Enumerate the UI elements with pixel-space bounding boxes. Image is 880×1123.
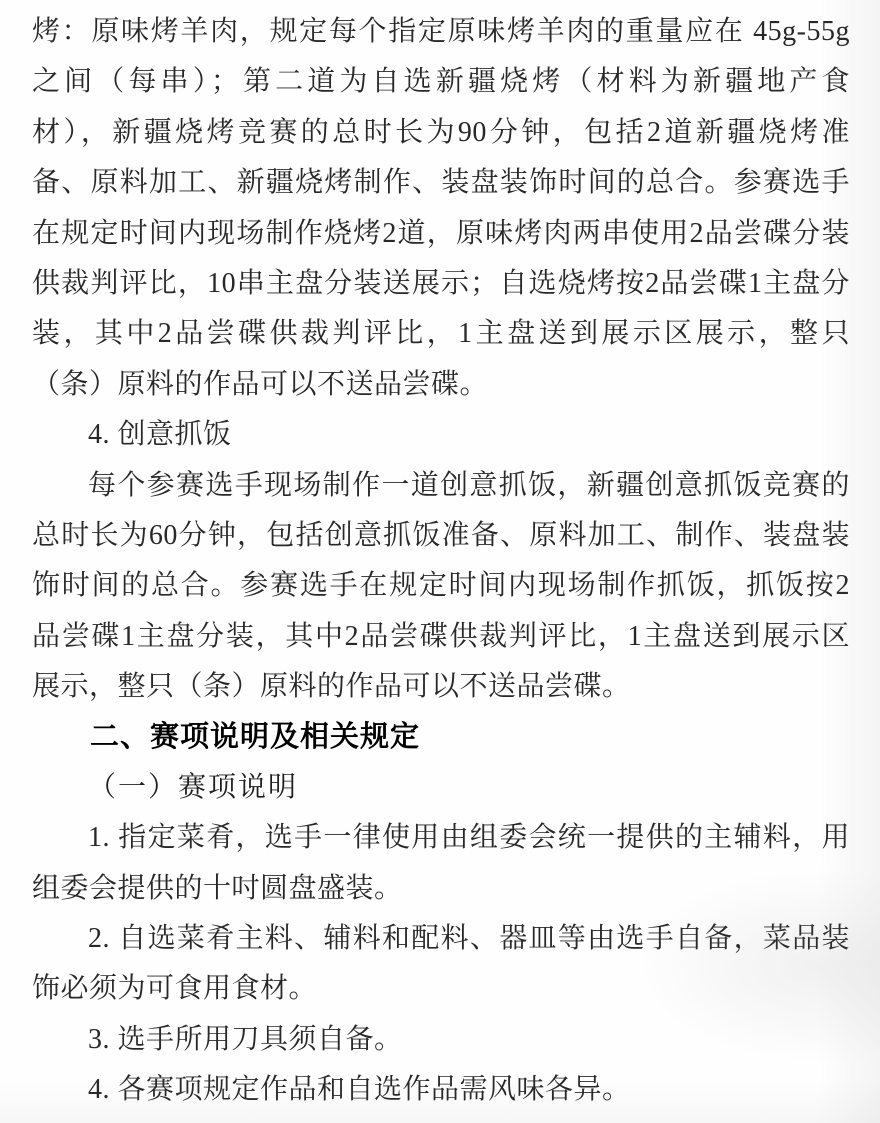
document-text-block: 烤：原味烤羊肉，规定每个指定原味烤羊肉的重量应在 45g-55g之间（每串）；第… xyxy=(32,7,850,1116)
text-line: 在规定时间内现场制作烧烤2道，原味烤肉两串使用2品尝碟分装 xyxy=(32,209,850,259)
text-line: 饰时间的总合。参赛选手在规定时间内现场制作抓饭，抓饭按2 xyxy=(32,561,850,611)
text-line: 品尝碟1主盘分装，其中2品尝碟供裁判评比，1主盘送到展示区 xyxy=(32,612,850,662)
text-line: 展示，整只（条）原料的作品可以不送品尝碟。 xyxy=(32,662,850,712)
text-line: 供裁判评比，10串主盘分装送展示；自选烧烤按2品尝碟1主盘分 xyxy=(32,259,850,309)
text-line: 装，其中2品尝碟供裁判评比，1主盘送到展示区展示，整只 xyxy=(32,309,850,359)
text-line: 烤：原味烤羊肉，规定每个指定原味烤羊肉的重量应在 45g-55g xyxy=(32,7,850,57)
text-line: 总时长为60分钟，包括创意抓饭准备、原料加工、制作、装盘装 xyxy=(32,511,850,561)
document-page: 烤：原味烤羊肉，规定每个指定原味烤羊肉的重量应在 45g-55g之间（每串）；第… xyxy=(0,0,880,1123)
text-line: 之间（每串）；第二道为自选新疆烧烤（材料为新疆地产食 xyxy=(32,57,850,107)
text-line: 每个参赛选手现场制作一道创意抓饭，新疆创意抓饭竞赛的 xyxy=(32,461,850,511)
text-line: 材），新疆烧烤竞赛的总时长为90分钟，包括2道新疆烧烤准 xyxy=(32,108,850,158)
text-line: 3. 选手所用刀具须自备。 xyxy=(32,1015,850,1065)
text-line: 1. 指定菜肴，选手一律使用由组委会统一提供的主辅料，用 xyxy=(32,813,850,863)
text-line: 饰必须为可食用食材。 xyxy=(32,964,850,1014)
text-line: 4. 各赛项规定作品和自选作品需风味各异。 xyxy=(32,1065,850,1115)
section-heading: 二、赛项说明及相关规定 xyxy=(32,712,850,762)
text-line: 备、原料加工、新疆烧烤制作、装盘装饰时间的总合。参赛选手 xyxy=(32,158,850,208)
subsection-heading: （一）赛项说明 xyxy=(32,763,850,813)
text-line: 组委会提供的十吋圆盘盛装。 xyxy=(32,864,850,914)
text-line: （条）原料的作品可以不送品尝碟。 xyxy=(32,360,850,410)
text-line: 4. 创意抓饭 xyxy=(32,410,850,460)
text-line: 2. 自选菜肴主料、辅料和配料、器皿等由选手自备，菜品装 xyxy=(32,914,850,964)
